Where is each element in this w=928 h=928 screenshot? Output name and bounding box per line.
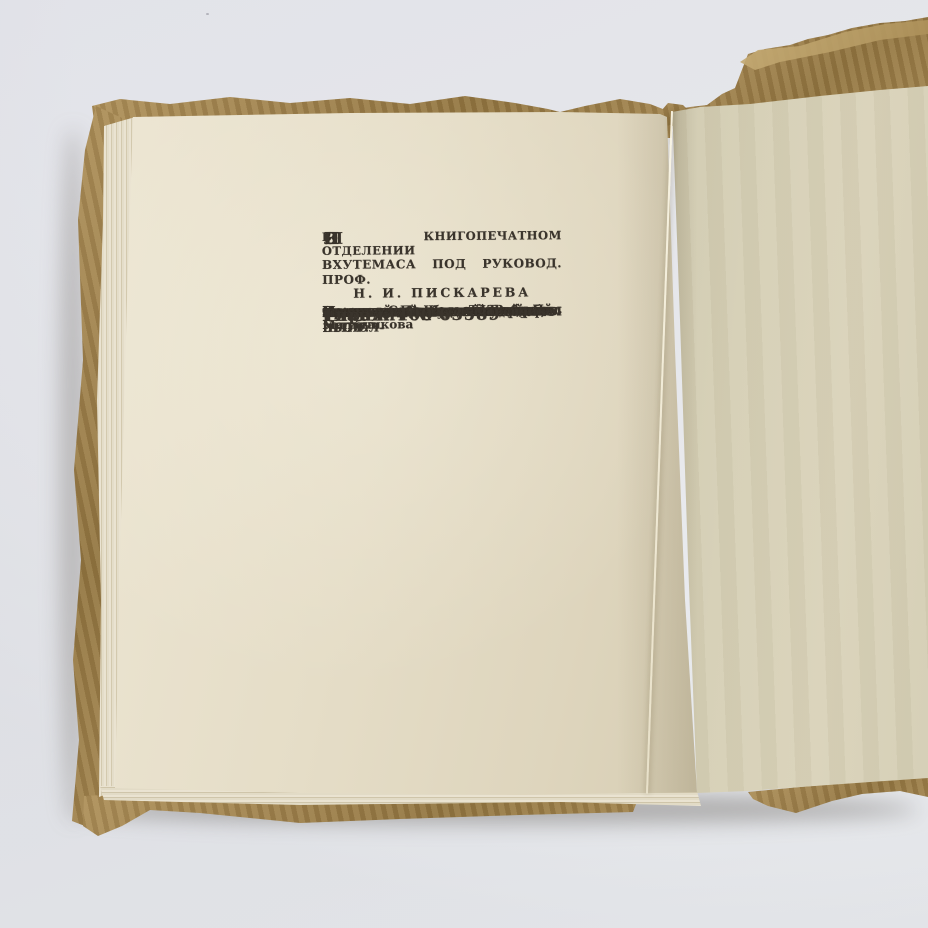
colophon-heading-line: Н. И. ПИСКАРЕВА bbox=[322, 285, 562, 301]
colophon-text-block: ВЫПОЛНЕНО В КНИГОПЕЧАТНОМ ОТДЕЛЕНИИ ВХУТ… bbox=[322, 228, 563, 306]
book-photo-scene: ВЫПОЛНЕНО В КНИГОПЕЧАТНОМ ОТДЕЛЕНИИ ВХУТ… bbox=[0, 0, 928, 928]
print-run: Тираж 400 bbox=[322, 305, 433, 326]
left-page bbox=[108, 108, 700, 800]
right-blank-page bbox=[660, 80, 928, 795]
colophon-heading-line: В КНИГОПЕЧАТНОМ ОТДЕЛЕНИИ bbox=[322, 228, 562, 258]
dust-speck bbox=[206, 13, 209, 15]
colophon-heading-line: ВХУТЕМАСА ПОД РУКОВОД. ПРОФ. bbox=[322, 257, 562, 287]
